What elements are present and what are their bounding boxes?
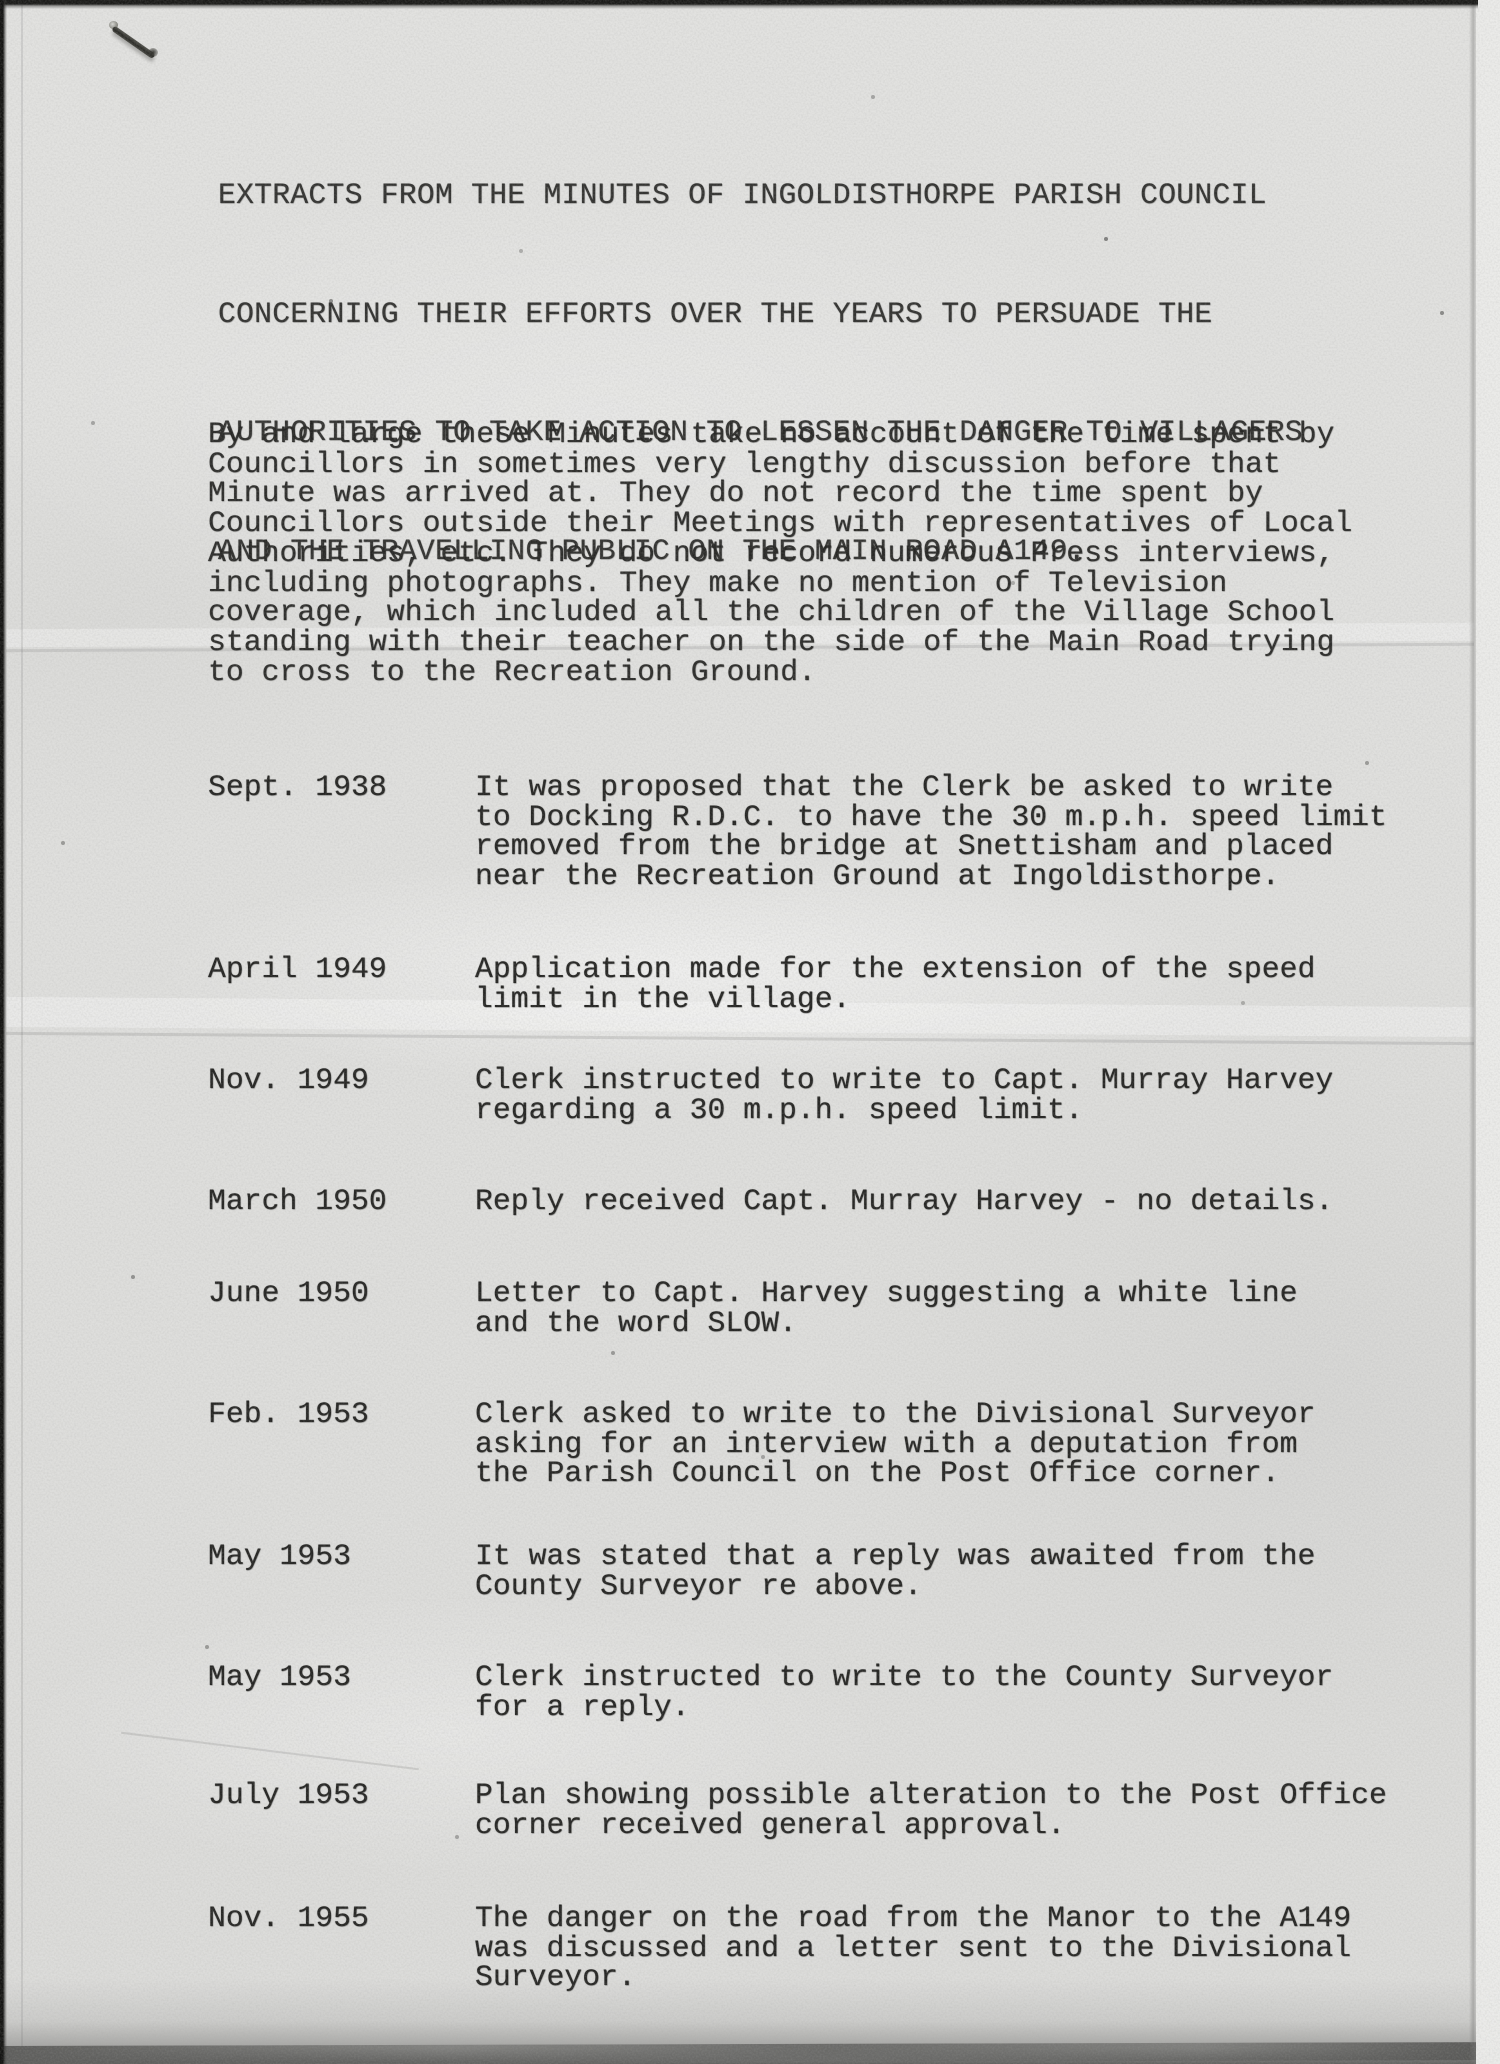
entry-text: It was stated that a reply was awaited f…: [475, 1542, 1435, 1601]
entry-date: Sept. 1938: [208, 773, 387, 803]
entry-text: Application made for the extension of th…: [475, 955, 1435, 1014]
entry-date: March 1950: [208, 1187, 387, 1217]
scanner-background-right: [1476, 0, 1500, 2064]
entry-date: Nov. 1955: [208, 1904, 369, 1934]
entry-date: June 1950: [208, 1279, 369, 1309]
paper-top-edge: [0, 0, 1478, 9]
heading-line-1: EXTRACTS FROM THE MINUTES OF INGOLDISTHO…: [218, 166, 1303, 225]
entry-date: May 1953: [208, 1542, 351, 1572]
intro-paragraph: By and large these Minutes take no accou…: [208, 420, 1388, 687]
entry-text: It was proposed that the Clerk be asked …: [475, 773, 1435, 892]
paper-right-edge: [1469, 0, 1476, 2064]
entry-text: Clerk instructed to write to Capt. Murra…: [475, 1066, 1435, 1125]
entry-date: May 1953: [208, 1663, 351, 1693]
heading-line-2: CONCERNING THEIR EFFORTS OVER THE YEARS …: [218, 285, 1303, 344]
entry-date: April 1949: [208, 955, 387, 985]
diagonal-crease-line: [121, 1732, 419, 1771]
entry-text: Letter to Capt. Harvey suggesting a whit…: [475, 1279, 1435, 1338]
entry-text: Clerk asked to write to the Divisional S…: [475, 1400, 1435, 1489]
entry-text: Plan showing possible alteration to the …: [475, 1781, 1435, 1840]
paper-left-edge: [0, 0, 7, 2064]
entry-date: July 1953: [208, 1781, 369, 1811]
staple-end-shadow: [148, 48, 158, 57]
entry-date: Nov. 1949: [208, 1066, 369, 1096]
scanned-document-page: EXTRACTS FROM THE MINUTES OF INGOLDISTHO…: [0, 0, 1500, 2064]
entry-date: Feb. 1953: [208, 1400, 369, 1430]
entry-text: Reply received Capt. Murray Harvey - no …: [475, 1187, 1435, 1217]
vertical-crease-line: [21, 0, 23, 2064]
entry-text: Clerk instructed to write to the County …: [475, 1663, 1435, 1722]
